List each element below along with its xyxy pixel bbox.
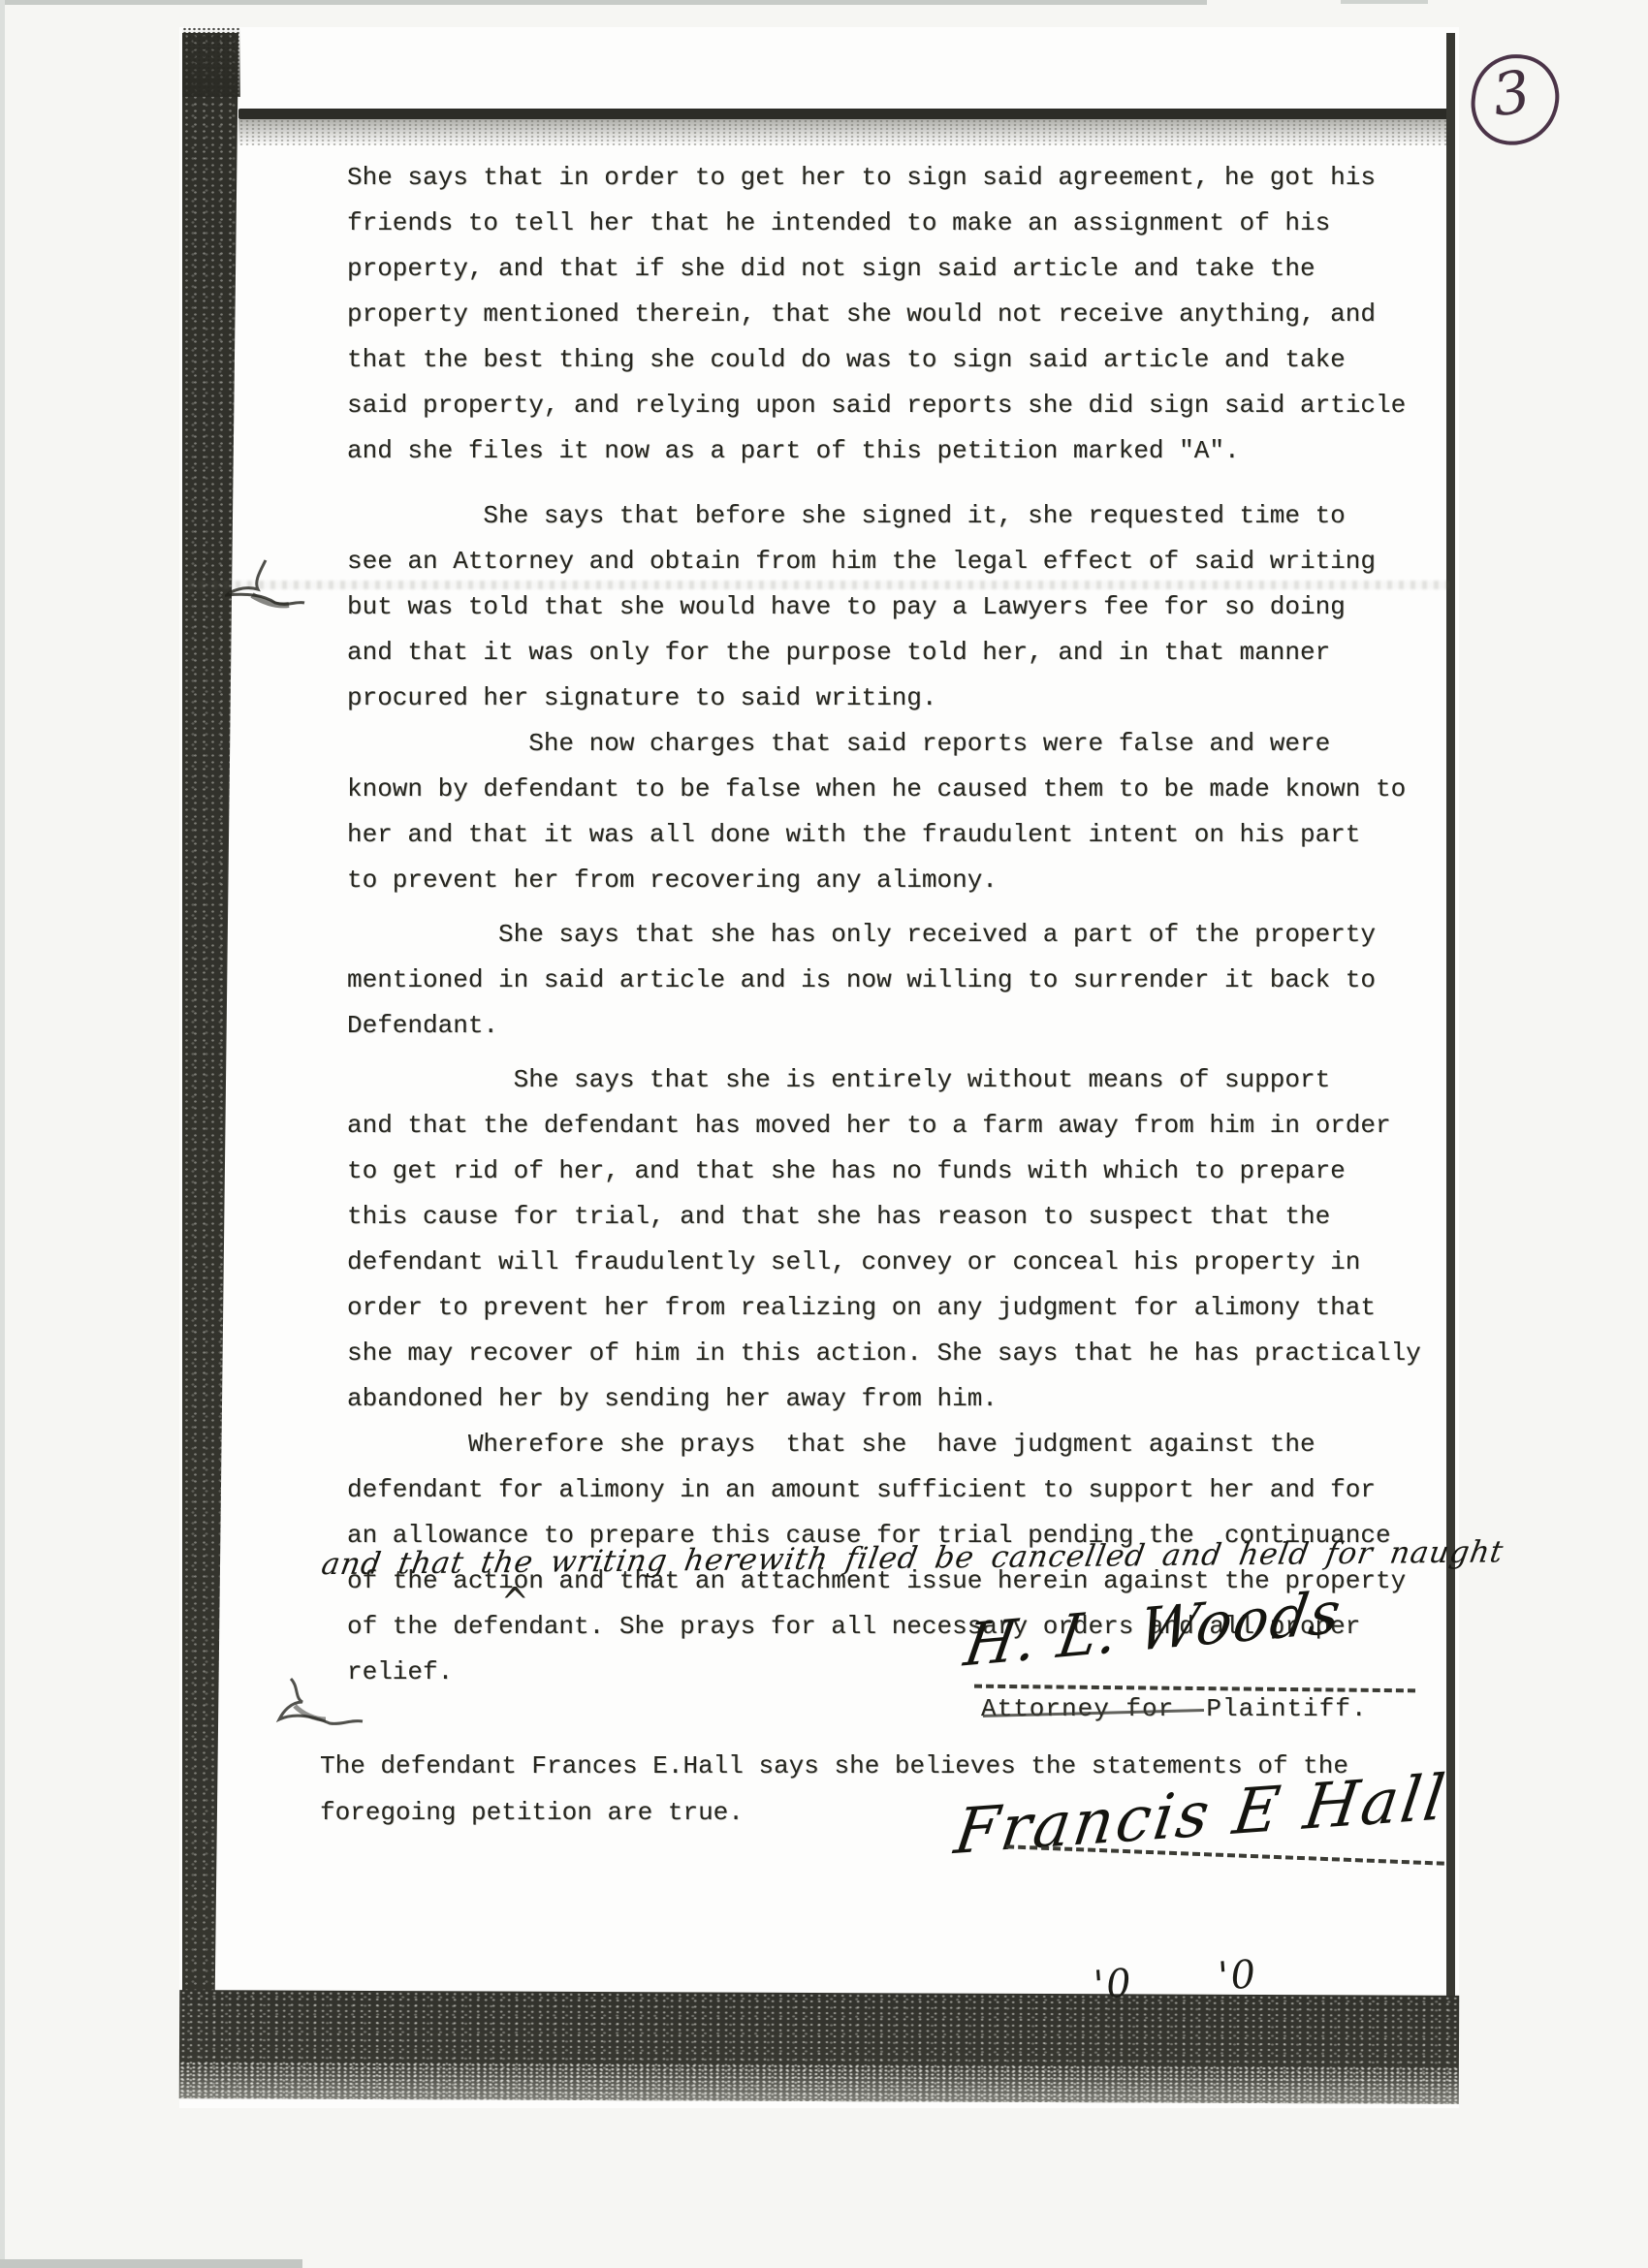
- scan-edge-strip-top-right: [1341, 0, 1428, 4]
- typed-line: friends to tell her that he intended to …: [347, 201, 1457, 246]
- typed-line: She says that she has only received a pa…: [347, 912, 1457, 958]
- typed-line: but was told that she would have to pay …: [347, 584, 1457, 630]
- typed-line: She says that in order to get her to sig…: [347, 155, 1457, 201]
- paragraph: She says that before she signed it, she …: [347, 493, 1457, 721]
- typed-line: Defendant.: [347, 1003, 1457, 1049]
- paragraph: She now charges that said reports were f…: [347, 721, 1457, 903]
- typed-line: to get rid of her, and that she has no f…: [347, 1149, 1457, 1194]
- scan-edge-strip-top-left: [0, 0, 1207, 5]
- paragraph: She says that she is entirely without me…: [347, 1057, 1457, 1422]
- photocopy-left-border-fade: [182, 27, 240, 97]
- typed-line: to prevent her from recovering any alimo…: [347, 858, 1457, 903]
- typed-line: mentioned in said article and is now wil…: [347, 958, 1457, 1003]
- scan-edge-strip-left: [0, 0, 5, 2268]
- typed-line: She says that before she signed it, she …: [347, 493, 1457, 539]
- scanned-document-page: 3 She says that in order to get her to s…: [0, 0, 1648, 2268]
- typed-line: procured her signature to said writing.: [347, 676, 1457, 721]
- typed-line: and she files it now as a part of this p…: [347, 428, 1457, 474]
- photocopy-top-border-fade: [238, 119, 1452, 145]
- ink-blot-icon: [225, 552, 361, 625]
- paragraph: She says that in order to get her to sig…: [347, 155, 1457, 474]
- typed-line: property mentioned therein, that she wou…: [347, 292, 1457, 337]
- photocopy-top-border: [238, 109, 1452, 119]
- typed-line: and that it was only for the purpose tol…: [347, 630, 1457, 676]
- typed-line: Wherefore she prays that she have judgme…: [347, 1422, 1457, 1467]
- typed-line: see an Attorney and obtain from him the …: [347, 539, 1457, 584]
- photocopy-bottom-border: [179, 1990, 1459, 2104]
- typed-line: said property, and relying upon said rep…: [347, 383, 1457, 428]
- typed-body: She says that in order to get her to sig…: [347, 155, 1457, 1695]
- typed-line: defendant for alimony in an amount suffi…: [347, 1467, 1457, 1513]
- typed-line: and that the defendant has moved her to …: [347, 1103, 1457, 1149]
- typed-line: defendant will fraudulently sell, convey…: [347, 1240, 1457, 1285]
- typed-line: order to prevent her from realizing on a…: [347, 1285, 1457, 1331]
- paragraph: She says that she has only received a pa…: [347, 912, 1457, 1049]
- scan-edge-strip-bottom: [0, 2259, 302, 2268]
- typed-line: this cause for trial, and that she has r…: [347, 1194, 1457, 1240]
- typed-line: abandoned her by sending her away from h…: [347, 1376, 1457, 1422]
- insertion-caret-mark: ^: [501, 1579, 529, 1627]
- typed-line: She now charges that said reports were f…: [347, 721, 1457, 767]
- typed-line: She says that she is entirely without me…: [347, 1057, 1457, 1103]
- typed-line: she may recover of him in this action. S…: [347, 1331, 1457, 1376]
- typed-line: her and that it was all done with the fr…: [347, 812, 1457, 858]
- typed-line: that the best thing she could do was to …: [347, 337, 1457, 383]
- typed-line: known by defendant to be false when he c…: [347, 767, 1457, 812]
- typed-line: property, and that if she did not sign s…: [347, 246, 1457, 292]
